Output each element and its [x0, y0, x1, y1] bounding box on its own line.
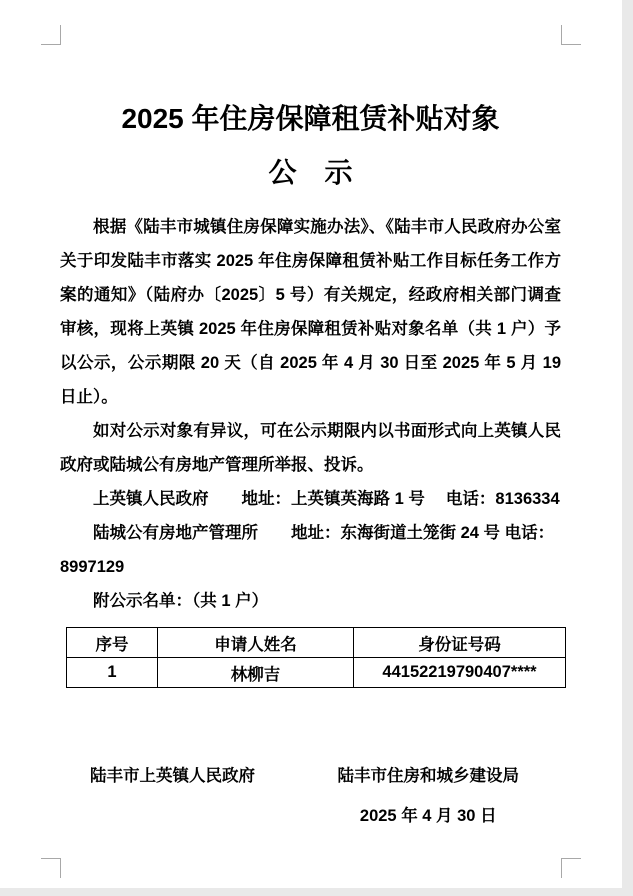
applicants-table: 序号 申请人姓名 身份证号码 1 林柳吉 44152219790407****: [66, 627, 566, 688]
doc-title-line2: 公 示: [60, 153, 561, 193]
signature-block: 陆丰市上英镇人民政府 陆丰市住房和城乡建设局 2025 年 4 月 30 日: [60, 756, 561, 836]
text-boundary-mark-top-left: [41, 25, 61, 45]
text-boundary-mark-bottom-right: [561, 858, 581, 878]
column-header-serial-number: 序号: [67, 628, 158, 658]
cell-applicant-name: 林柳吉: [158, 658, 354, 688]
page-edge-right: [622, 0, 633, 896]
contact-line-town-government: 上英镇人民政府 地址：上英镇英海路 1 号 电话：8136334: [60, 482, 561, 516]
column-header-id-number: 身份证号码: [354, 628, 566, 658]
document-content: 2025 年住房保障租赁补贴对象 公 示 根据《陆丰市城镇住房保障实施办法》、《…: [60, 99, 561, 836]
cell-id-number: 44152219790407****: [354, 658, 566, 688]
signature-right-block: 陆丰市住房和城乡建设局 2025 年 4 月 30 日: [338, 756, 520, 836]
table-header-row: 序号 申请人姓名 身份证号码: [67, 628, 566, 658]
text-boundary-mark-bottom-left: [41, 858, 61, 878]
cell-serial-number: 1: [67, 658, 158, 688]
paragraph-objection-notice: 如对公示对象有异议，可在公示期限内以书面形式向上英镇人民政府或陆城公有房地产管理…: [60, 414, 561, 482]
attachment-label: 附公示名单：（共 1 户）: [60, 584, 561, 618]
signature-left-org: 陆丰市上英镇人民政府: [90, 756, 255, 836]
signature-date: 2025 年 4 月 30 日: [338, 796, 520, 836]
paragraph-legal-basis: 根据《陆丰市城镇住房保障实施办法》、《陆丰市人民政府办公室关于印发陆丰市落实 2…: [60, 210, 561, 414]
column-header-applicant-name: 申请人姓名: [158, 628, 354, 658]
contact-line-property-office: 陆城公有房地产管理所 地址：东海街道土笼街 24 号 电话：8997129: [60, 516, 561, 584]
document-page: 2025 年住房保障租赁补贴对象 公 示 根据《陆丰市城镇住房保障实施办法》、《…: [0, 0, 633, 896]
signature-right-org: 陆丰市住房和城乡建设局: [338, 756, 520, 796]
table-row: 1 林柳吉 44152219790407****: [67, 658, 566, 688]
doc-title-line1: 2025 年住房保障租赁补贴对象: [60, 99, 561, 139]
page-edge-bottom: [0, 888, 633, 896]
text-boundary-mark-top-right: [561, 25, 581, 45]
